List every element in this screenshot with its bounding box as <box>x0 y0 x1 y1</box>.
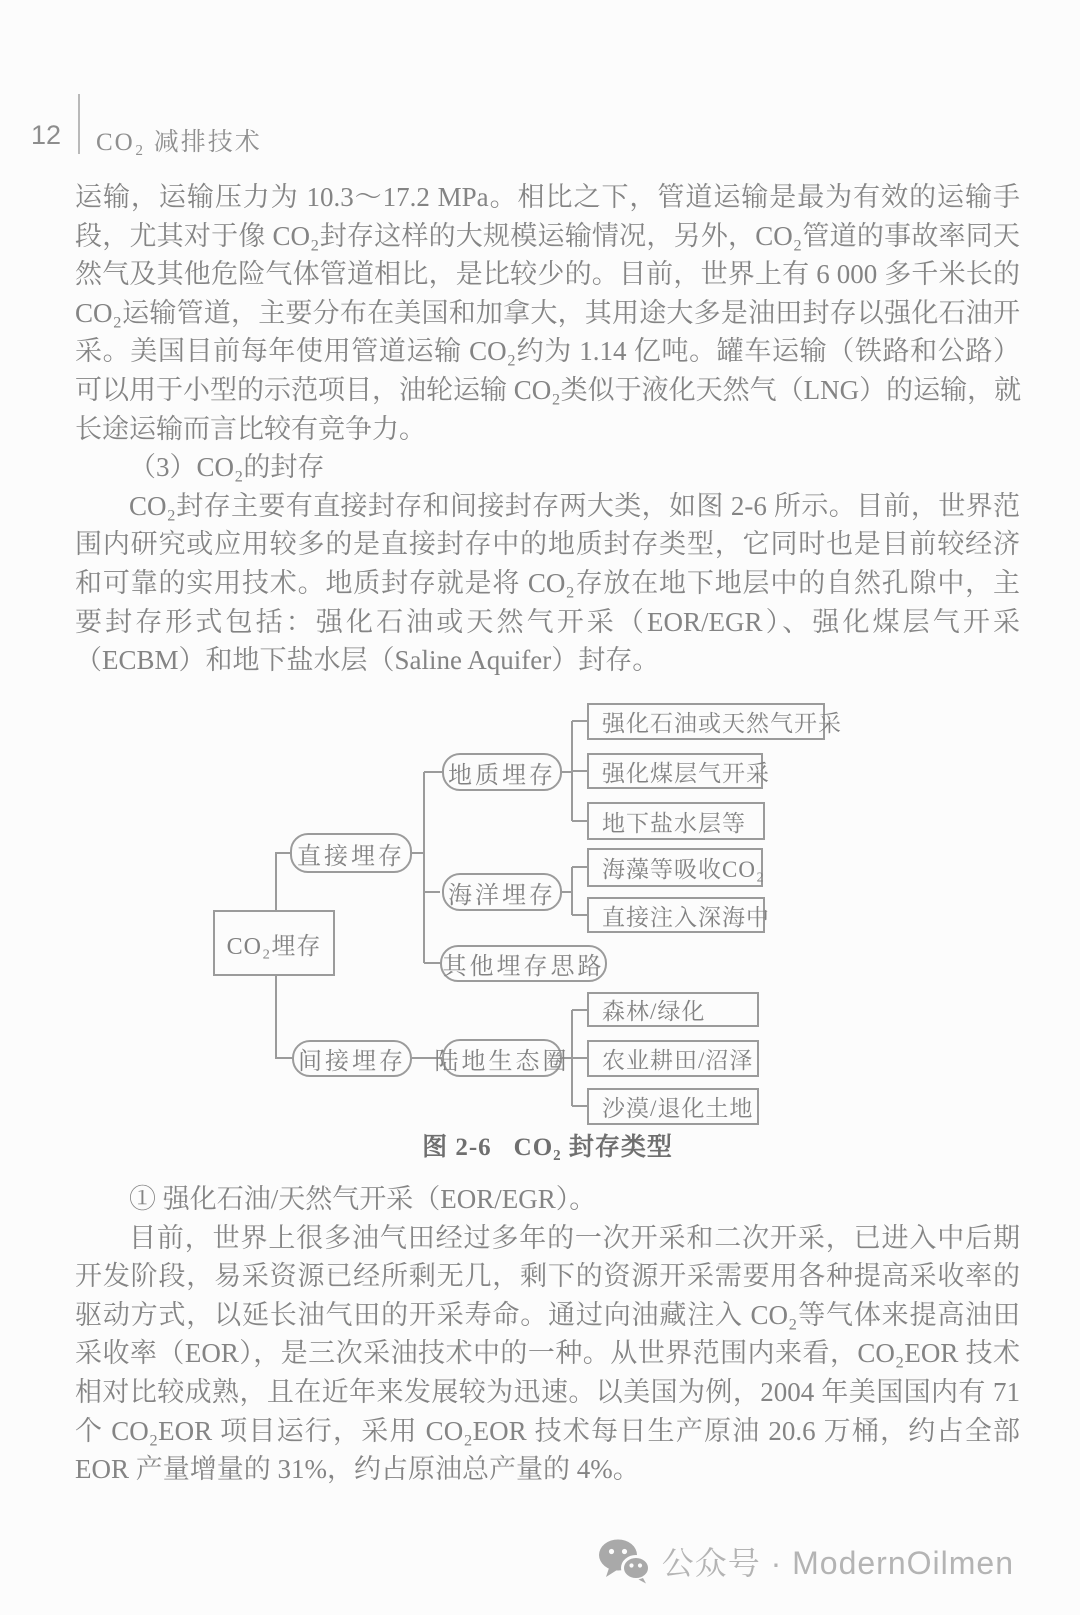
node-farmland: 农业耕田/沼泽 <box>587 1040 759 1077</box>
text-line: （ECBM）和地下盐水层（Saline Aquifer）封存。 <box>75 641 1020 680</box>
text-line: 要封存形式包括：强化石油或天然气开采（EOR/EGR）、强化煤层气开采 <box>75 603 1020 642</box>
text-line: 围内研究或应用较多的是直接封存中的地质封存类型，它同时也是目前较经济 <box>75 525 1020 564</box>
node-other-ideas: 其他埋存思路 <box>440 945 607 982</box>
text-line: CO₂运输管道，主要分布在美国和加拿大，其用途大多是油田封存以强化石油开 <box>75 294 1020 333</box>
text-line: 运输，运输压力为 10.3～17.2 MPa。相比之下，管道运输是最为有效的运输… <box>75 178 1020 217</box>
page-number: 12 <box>31 120 61 151</box>
watermark: 公众号 · ModernOilmen <box>598 1538 1014 1584</box>
text-line: 然气及其他危险气体管道相比，是比较少的。目前，世界上有 6 000 多千米长的 <box>75 255 1020 294</box>
text-line: 相对比较成熟，且在近年来发展较为迅速。以美国为例，2004 年美国国内有 71 <box>75 1373 1020 1412</box>
book-page: 12 CO₂ 减排技术 运输，运输压力为 10.3～17.2 MPa。相比之下，… <box>0 0 1080 1615</box>
text-line: 个 CO₂EOR 项目运行，采用 CO₂EOR 技术每日生产原油 20.6 万桶… <box>75 1412 1020 1451</box>
node-indirect-storage: 间接埋存 <box>292 1040 412 1077</box>
node-ecbm: 强化煤层气开采 <box>587 753 763 789</box>
text-line: 和可靠的实用技术。地质封存就是将 CO₂存放在地下地层中的自然孔隙中，主 <box>75 564 1020 603</box>
text-line: EOR 产量增量的 31%，约占原油总产量的 4%。 <box>75 1450 1020 1489</box>
node-algae-absorb: 海藻等吸收CO₂ <box>587 848 763 887</box>
text-line: 段，尤其对于像 CO₂封存这样的大规模运输情况，另外，CO₂管道的事故率同天 <box>75 217 1020 256</box>
node-co2-storage: CO₂埋存 <box>213 910 335 976</box>
figure-caption: 图 2-6 CO₂ 封存类型 <box>75 1126 1020 1164</box>
header-divider <box>78 94 80 154</box>
node-eor-egr: 强化石油或天然气开采 <box>587 703 825 740</box>
node-land-ecosystem: 陆地生态圈 <box>442 1039 562 1077</box>
text-line: 驱动方式，以延长油气田的开采寿命。通过向油藏注入 CO₂等气体来提高油田 <box>75 1296 1020 1335</box>
text-line: 长途运输而言比较有竞争力。 <box>75 410 1020 449</box>
node-direct-storage: 直接埋存 <box>290 833 412 873</box>
node-saline-layer: 地下盐水层等 <box>587 802 765 840</box>
watermark-text: 公众号 · ModernOilmen <box>662 1538 1014 1584</box>
figure-caption-title: CO₂ 封存类型 <box>514 1127 673 1163</box>
body-text-upper: 运输，运输压力为 10.3～17.2 MPa。相比之下，管道运输是最为有效的运输… <box>75 178 1020 680</box>
text-line: CO₂封存主要有直接封存和间接封存两大类，如图 2-6 所示。目前，世界范 <box>75 487 1020 526</box>
figure-2-6-diagram: CO₂埋存 直接埋存 间接埋存 地质埋存 海洋埋存 其他埋存思路 陆地生态圈 强… <box>0 690 1080 1135</box>
text-line: 采收率（EOR），是三次采油技术中的一种。从世界范围内来看，CO₂EOR 技术 <box>75 1334 1020 1373</box>
node-ocean-storage: 海洋埋存 <box>442 873 562 911</box>
section-heading: （3）CO₂的封存 <box>75 448 1020 487</box>
figure-caption-label: 图 2-6 <box>422 1127 492 1163</box>
body-text-lower: ① 强化石油/天然气开采（EOR/EGR）。 目前，世界上很多油气田经过多年的一… <box>75 1180 1020 1489</box>
node-forest: 森林/绿化 <box>587 992 759 1027</box>
text-line: 开发阶段，易采资源已经所剩无几，剩下的资源开采需要用各种提高采收率的 <box>75 1257 1020 1296</box>
running-title: CO₂ 减排技术 <box>96 122 262 158</box>
wechat-icon <box>598 1538 650 1584</box>
node-desert: 沙漠/退化土地 <box>587 1088 759 1125</box>
node-geological-storage: 地质埋存 <box>442 753 562 791</box>
text-line: 采。美国目前每年使用管道运输 CO₂约为 1.14 亿吨。罐车运输（铁路和公路） <box>75 332 1020 371</box>
node-deep-sea: 直接注入深海中 <box>587 897 765 933</box>
text-line: 可以用于小型的示范项目，油轮运输 CO₂类似于液化天然气（LNG）的运输，就 <box>75 371 1020 410</box>
item-heading: ① 强化石油/天然气开采（EOR/EGR）。 <box>75 1180 1020 1219</box>
text-line: 目前，世界上很多油气田经过多年的一次开采和二次开采，已进入中后期 <box>75 1219 1020 1258</box>
